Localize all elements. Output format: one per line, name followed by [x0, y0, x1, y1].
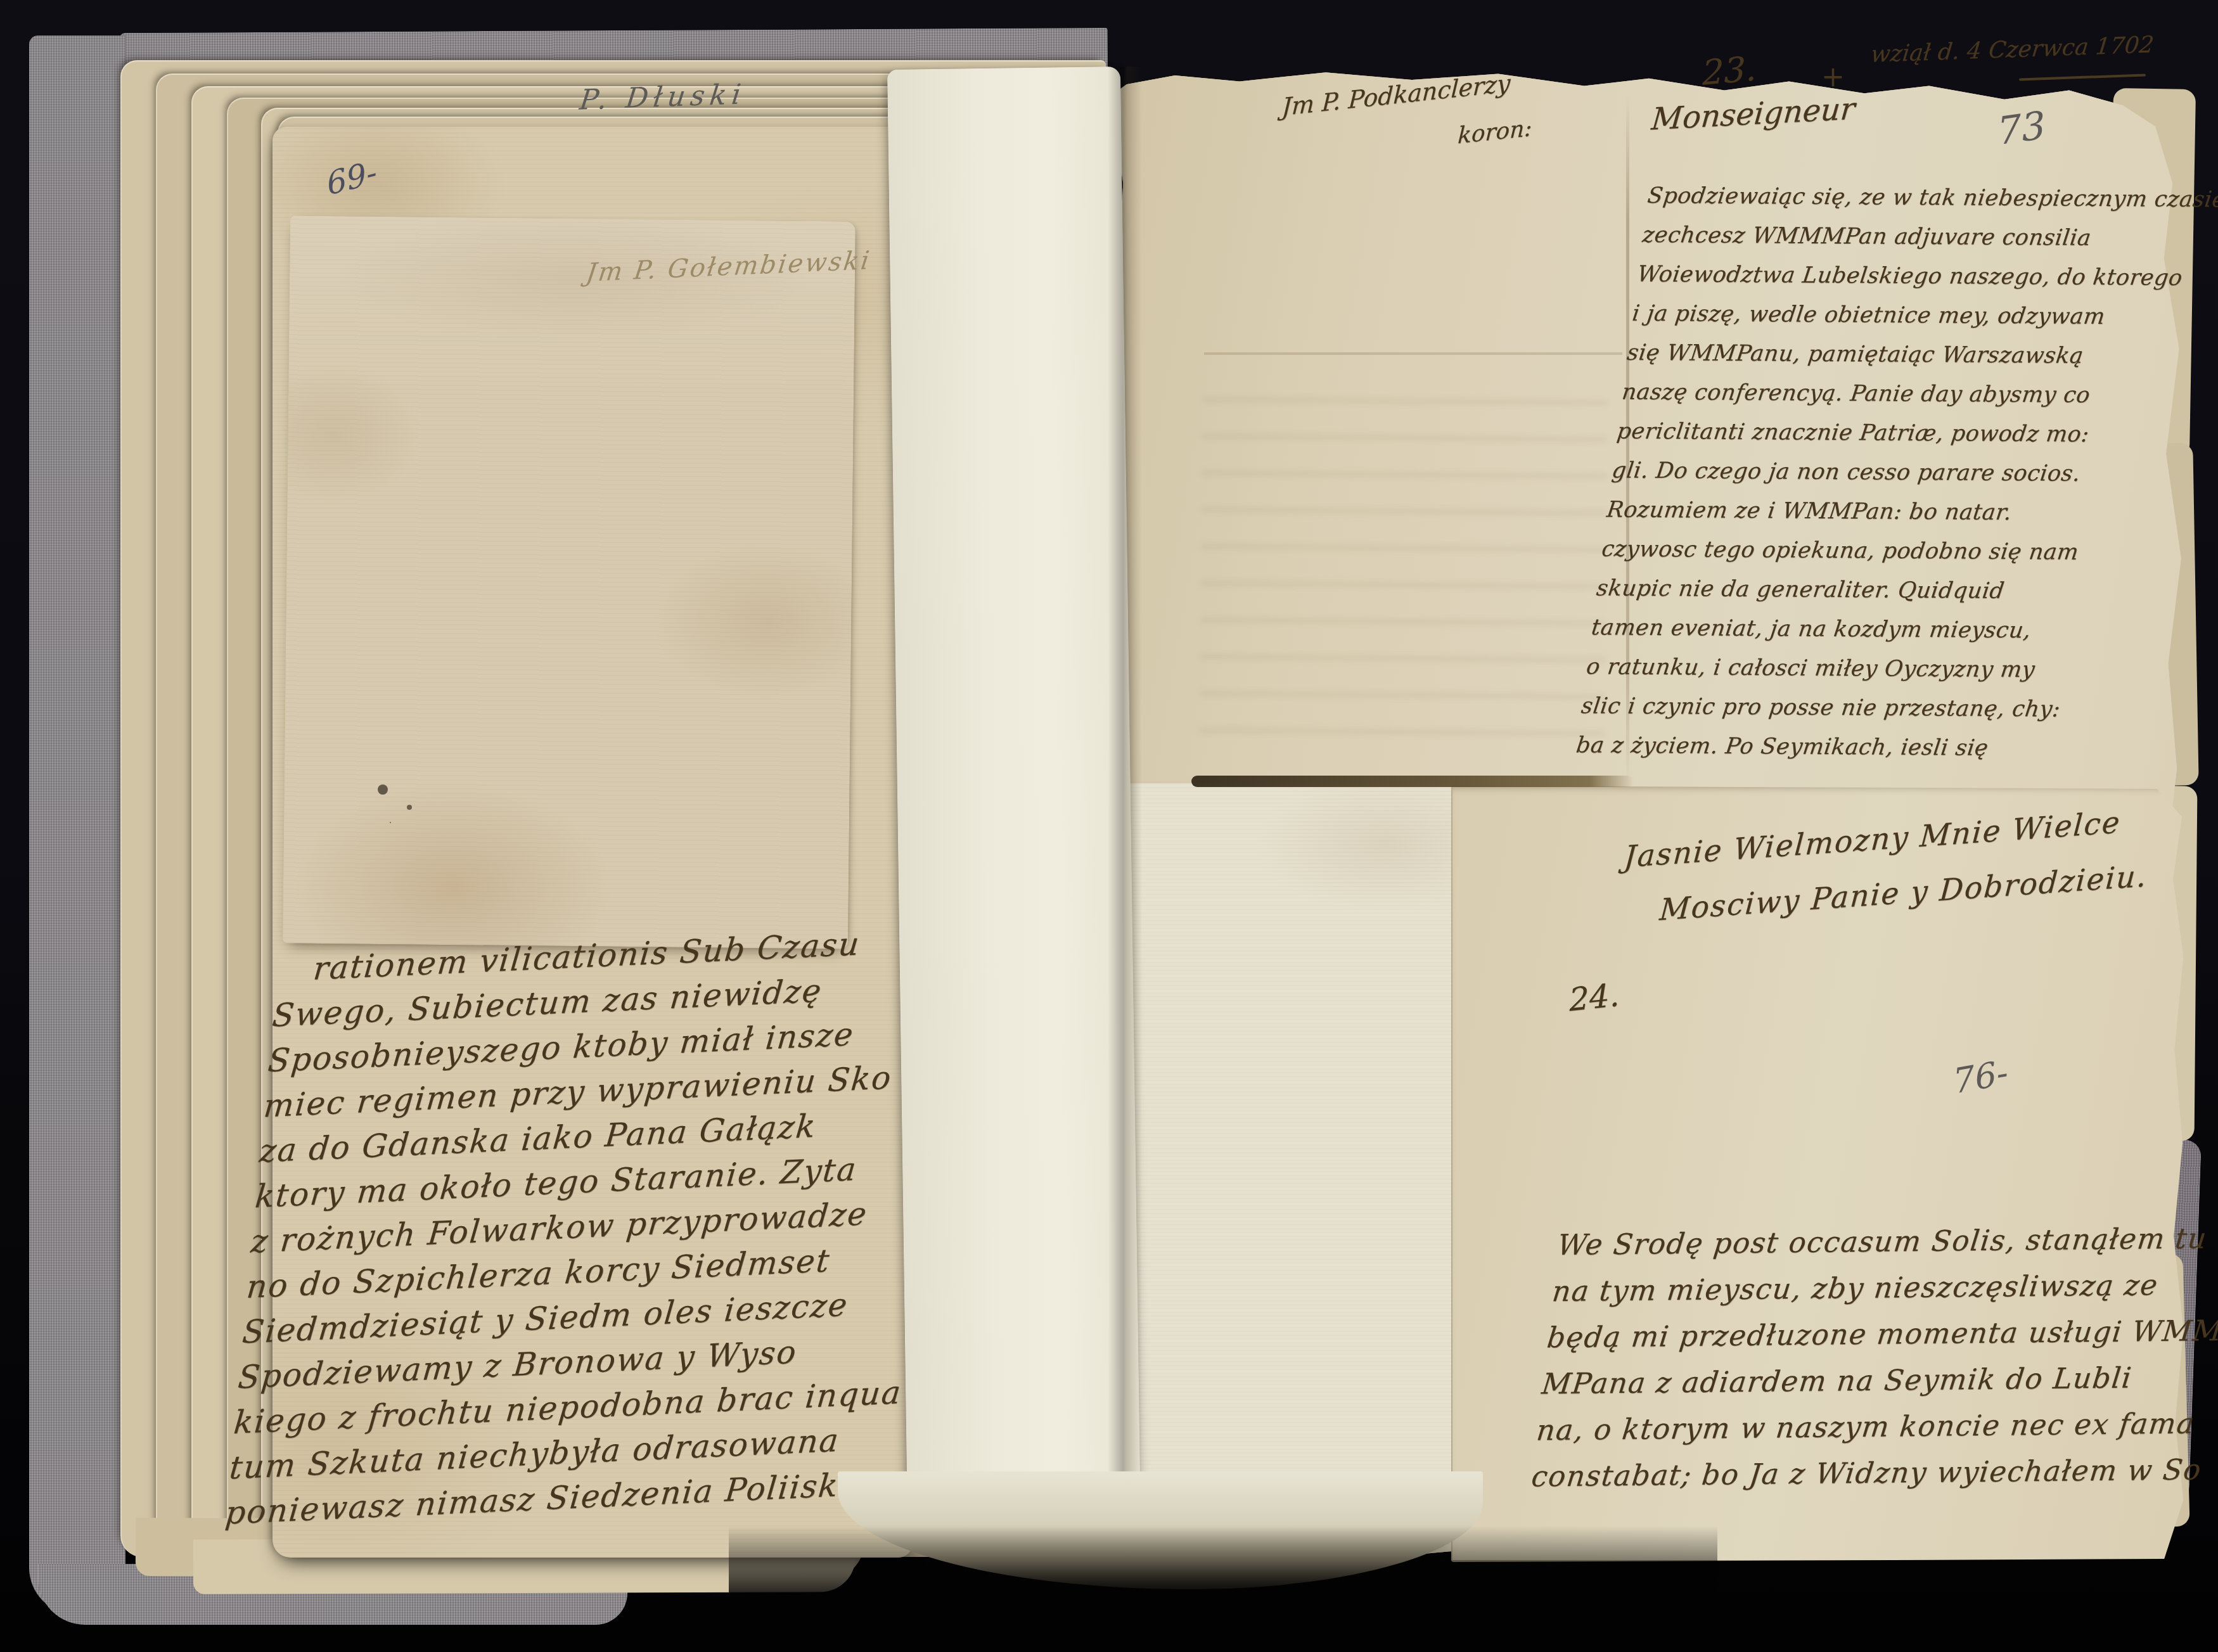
- handwritten-line: periclitanti znacznie Patriæ, powodz mo:: [1615, 412, 2165, 455]
- handwritten-line: naszę conferencyą. Panie day abysmy co: [1620, 373, 2170, 416]
- handwritten-line: tamen eveniat, ja na kozdym mieyscu,: [1589, 608, 2139, 651]
- book-cover-cloth-left: [29, 35, 125, 1615]
- guard-sheet: [887, 67, 1141, 1535]
- handwritten-line: gli. Do czego ja non cesso parare socios…: [1610, 451, 2160, 494]
- bottom-shadow-fade: [729, 1526, 1717, 1652]
- lower-letter-text-block: We Srodę post occasum Solis, stanąłem tu…: [1529, 1215, 2200, 1499]
- handwritten-line: i ja piszę, wedle obietnice mey, odzywam: [1630, 294, 2180, 337]
- pencil-title-dluski: P. Dłuski: [578, 78, 748, 116]
- letter-number-24: 24.: [1568, 976, 1620, 1018]
- handwritten-line: Rozumiem ze i WMMPan: bo natar.: [1605, 490, 2155, 534]
- handwritten-line: Woiewodztwa Lubelskiego naszego, do ktor…: [1635, 255, 2185, 298]
- handwritten-line: skupic nie da generaliter. Quidquid: [1594, 568, 2144, 611]
- handwritten-line: na tym mieyscu, zby nieszczęsliwszą ze: [1550, 1262, 2195, 1315]
- handwritten-line: czywosc tego opiekuna, podobno się nam: [1599, 530, 2150, 573]
- letter-number-23: 23.: [1702, 48, 1757, 93]
- date-note: wziął d. 4 Czerwca 1702: [1869, 32, 2155, 68]
- handwritten-line: o ratunku, i całosci miłey Oyczyzny my: [1584, 647, 2134, 690]
- fold-crease-horizontal: [1204, 352, 1622, 355]
- left-page-text-block: rationem vilicationis Sub CzasuSwego, Su…: [223, 920, 899, 1536]
- cross-mark: +: [1821, 61, 1845, 93]
- handwritten-line: ba z życiem. Po Seymikach, iesli się: [1574, 726, 2124, 769]
- gutter-shadow: [1108, 67, 1142, 1543]
- ink-blots: [378, 784, 388, 795]
- handwritten-line: constabat; bo Ja z Widzny wyiechałem w S…: [1529, 1447, 2174, 1500]
- handwritten-line: Spodziewaiąc się, ze w tak niebespieczny…: [1645, 176, 2195, 219]
- handwritten-line: We Srodę post occasum Solis, stanąłem tu: [1555, 1215, 2200, 1268]
- folio-number-73: 73: [1996, 103, 2048, 155]
- handwritten-line: się WMMPanu, pamiętaiąc Warszawską: [1625, 333, 2175, 376]
- handwritten-line: będą mi przedłuzone momenta usługi WMM: [1544, 1308, 2189, 1361]
- handwritten-line: zechcesz WMMMPan adjuvare consilia: [1640, 215, 2190, 259]
- sheet-gap-shadow: [1191, 776, 1634, 787]
- archive-book-photo: P. Dłuski 69- Jm P. Gołembiewski ratione…: [0, 0, 2218, 1652]
- handwritten-line: slic i czynic pro posse nie przestanę, c…: [1579, 686, 2129, 729]
- handwritten-line: MPana z adiardem na Seymik do Lubli: [1539, 1354, 2184, 1407]
- right-letter-text-block: Spodziewaiąc się, ze w tak niebespieczny…: [1574, 176, 2195, 769]
- guard-leaf-lower: [1114, 783, 1453, 1541]
- handwritten-line: na, o ktorym w naszym koncie nec ex fama: [1534, 1400, 2179, 1454]
- ink-bleed-through: [1200, 378, 1608, 737]
- date-underline: [2019, 74, 2146, 81]
- pasted-letter-sheet: [283, 215, 856, 949]
